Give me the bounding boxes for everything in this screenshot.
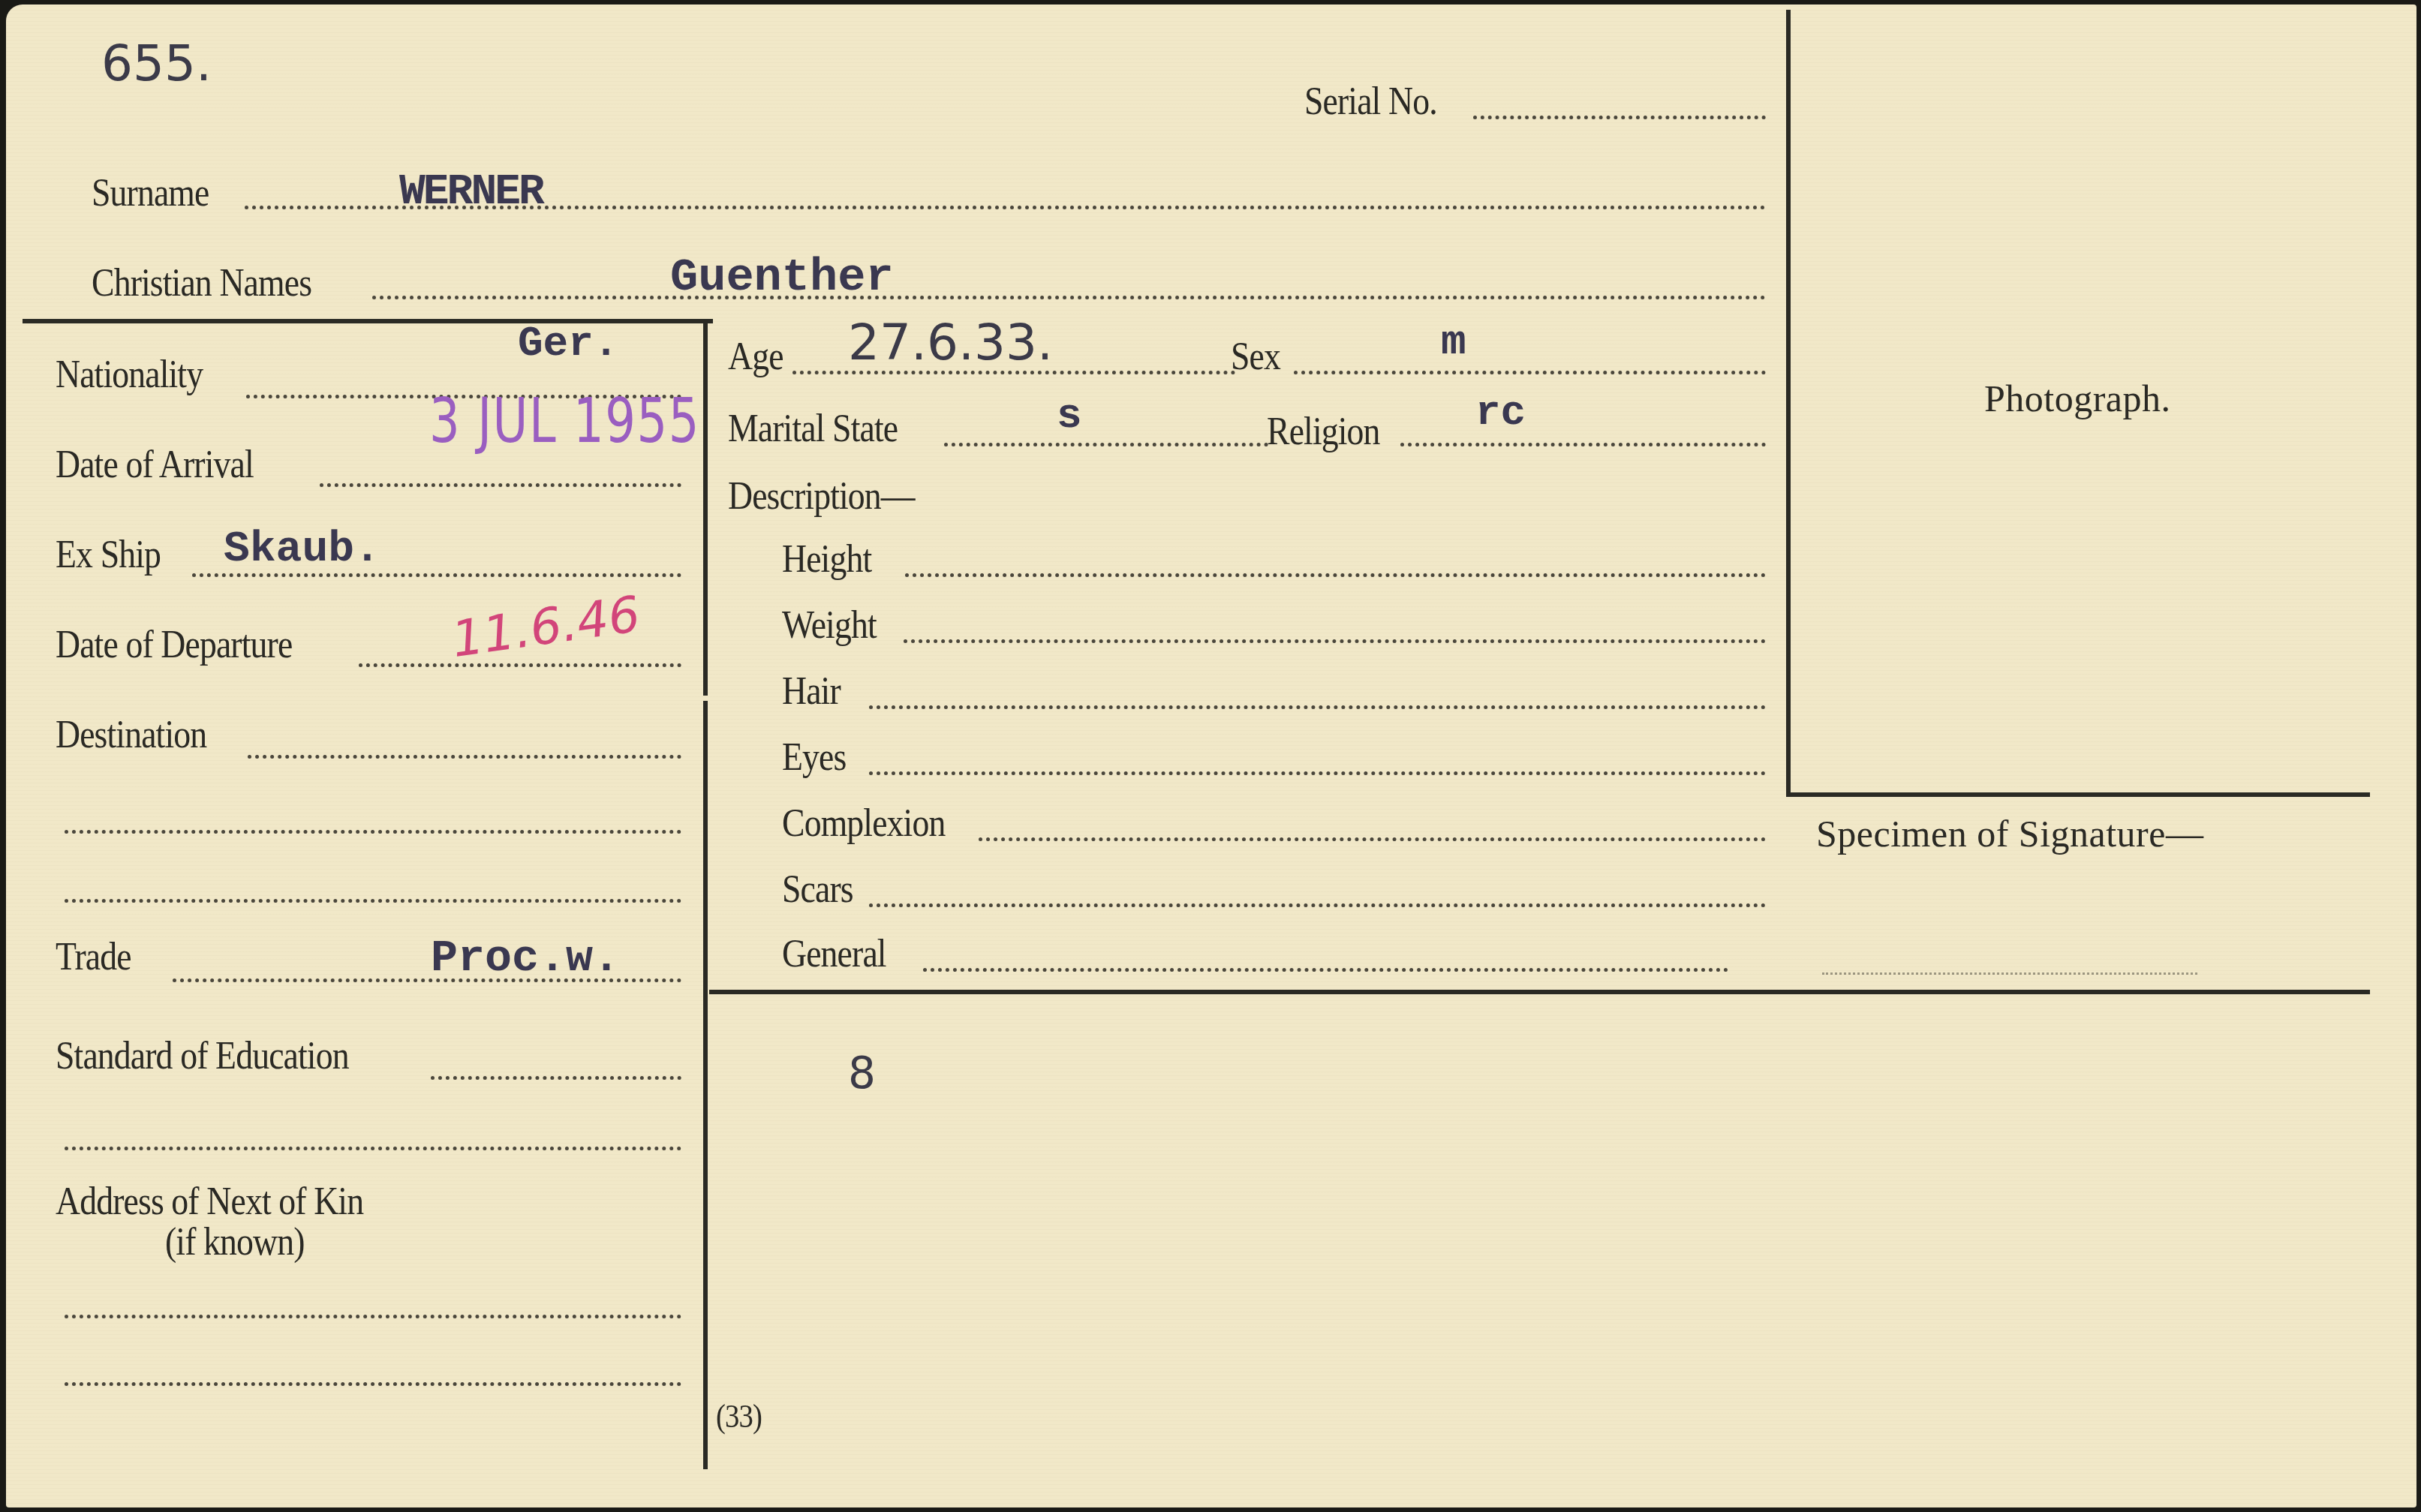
next-of-kin-sublabel: (if known) bbox=[165, 1220, 305, 1264]
hair-label: Hair bbox=[782, 669, 841, 714]
signature-label: Specimen of Signature— bbox=[1816, 812, 2203, 855]
scars-label: Scars bbox=[782, 867, 853, 912]
serial-no-field[interactable] bbox=[1473, 116, 1766, 119]
date-of-departure-label: Date of Departure bbox=[56, 623, 292, 667]
destination-field-1[interactable] bbox=[248, 755, 681, 759]
date-of-departure-field[interactable] bbox=[359, 663, 681, 667]
description-heading: Description— bbox=[728, 474, 915, 519]
standard-of-education-field[interactable] bbox=[431, 1076, 681, 1080]
photo-box-bottom-rule bbox=[1786, 792, 2370, 797]
ex-ship-value: Skaub. bbox=[224, 525, 380, 574]
weight-label: Weight bbox=[782, 603, 877, 648]
marital-state-field[interactable] bbox=[944, 443, 1268, 446]
surname-label: Surname bbox=[92, 171, 209, 215]
complexion-field[interactable] bbox=[979, 837, 1766, 841]
date-of-departure-value: 11.6.46 bbox=[448, 585, 643, 669]
nationality-value: Ger. bbox=[518, 320, 618, 368]
trade-value: Proc.w. bbox=[431, 933, 620, 984]
received-date-stamp: 3 JUL 1955 bbox=[429, 386, 700, 457]
christian-names-label: Christian Names bbox=[92, 261, 311, 305]
sex-field[interactable] bbox=[1294, 371, 1766, 374]
nationality-label: Nationality bbox=[56, 353, 203, 397]
ex-ship-label: Ex Ship bbox=[56, 533, 161, 577]
column-divider-lower bbox=[703, 701, 708, 1469]
note-number: 8 bbox=[848, 1048, 876, 1099]
hair-field[interactable] bbox=[869, 705, 1766, 709]
next-of-kin-field-2[interactable] bbox=[65, 1382, 681, 1386]
eyes-label: Eyes bbox=[782, 735, 846, 780]
height-label: Height bbox=[782, 537, 871, 582]
surname-value: WERNER bbox=[399, 168, 543, 217]
christian-names-field[interactable] bbox=[372, 296, 1766, 299]
form-number: (33) bbox=[716, 1397, 762, 1435]
date-of-arrival-label: Date of Arrival bbox=[56, 443, 254, 487]
religion-field[interactable] bbox=[1400, 443, 1766, 446]
signature-field[interactable] bbox=[1822, 972, 2197, 975]
destination-label: Destination bbox=[56, 713, 206, 757]
weight-field[interactable] bbox=[904, 639, 1766, 643]
standard-of-education-field-2[interactable] bbox=[65, 1147, 681, 1150]
standard-of-education-label: Standard of Education bbox=[56, 1034, 349, 1078]
column-divider-upper bbox=[703, 319, 708, 696]
height-field[interactable] bbox=[905, 573, 1766, 577]
christian-names-value: Guenther bbox=[670, 251, 894, 304]
eyes-field[interactable] bbox=[869, 771, 1766, 775]
sex-label: Sex bbox=[1231, 335, 1280, 379]
age-label: Age bbox=[728, 335, 783, 379]
photograph-area[interactable] bbox=[1791, 15, 2370, 792]
next-of-kin-field-1[interactable] bbox=[65, 1315, 681, 1318]
card-number: 655. bbox=[101, 35, 212, 92]
serial-no-label: Serial No. bbox=[1304, 80, 1437, 124]
general-label: General bbox=[782, 932, 886, 976]
marital-state-label: Marital State bbox=[728, 407, 898, 451]
complexion-label: Complexion bbox=[782, 801, 945, 846]
description-bottom-rule bbox=[709, 990, 2370, 994]
date-of-arrival-field[interactable] bbox=[320, 483, 681, 487]
scars-field[interactable] bbox=[869, 903, 1766, 907]
sex-value: m bbox=[1441, 318, 1466, 366]
destination-field-3[interactable] bbox=[65, 899, 681, 903]
general-field[interactable] bbox=[923, 968, 1728, 972]
religion-label: Religion bbox=[1267, 410, 1380, 454]
age-value: 27.6.33. bbox=[848, 314, 1053, 371]
marital-state-value: s bbox=[1057, 392, 1082, 440]
next-of-kin-label: Address of Next of Kin bbox=[56, 1180, 363, 1224]
religion-value: rc bbox=[1475, 389, 1526, 437]
registration-card: 655. Serial No. Surname WERNER Christian… bbox=[6, 5, 2416, 1507]
trade-label: Trade bbox=[56, 935, 131, 979]
destination-field-2[interactable] bbox=[65, 830, 681, 834]
